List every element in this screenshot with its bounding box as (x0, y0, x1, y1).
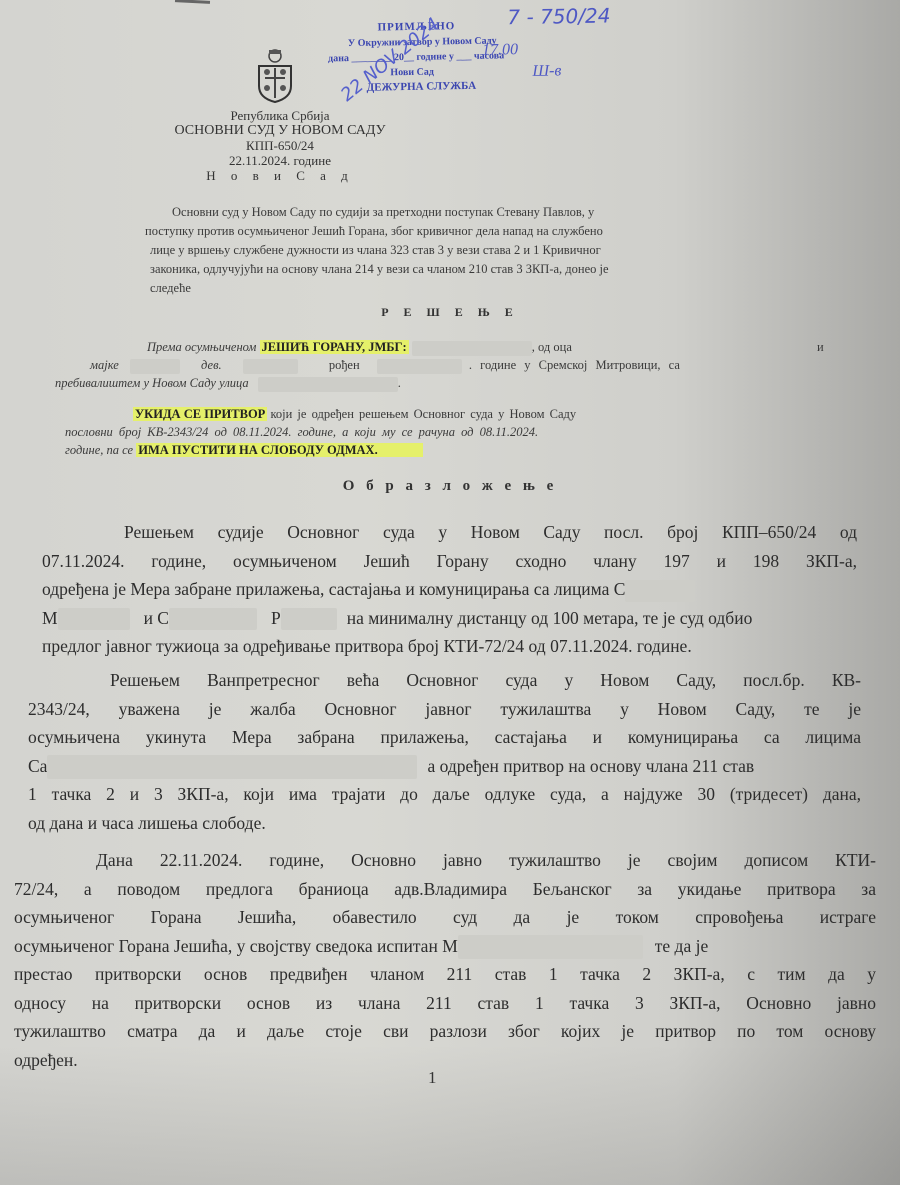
redacted-name (625, 580, 695, 602)
intro-line: следеће (150, 279, 830, 298)
redacted-street (258, 377, 398, 392)
disposition-prefix: Према осумњиченом (147, 340, 256, 354)
disposition: Према осумњиченом ЈЕШИЋ ГОРАНУ, ЈМБГ: , … (55, 338, 830, 392)
intro-line: Основни суд у Новом Саду по судији за пр… (150, 203, 830, 222)
redacted-mother-name (130, 359, 180, 374)
release-line: пословни број КВ-2343/24 од 08.11.2024. … (65, 425, 538, 439)
paragraph-line: Решењем Ванпретресног већа Основног суда… (28, 666, 861, 695)
born-label: рођен (329, 358, 360, 372)
paragraph-line: одређен. (14, 1046, 876, 1075)
release-line: који је одређен решењем Основног суда у … (270, 407, 576, 421)
paragraph-line: Дана 22.11.2024. године, Основно јавно т… (14, 846, 876, 875)
handwritten-signature: Ш-в (532, 62, 561, 81)
maiden-label: дев. (201, 358, 222, 372)
paragraph-text: М (42, 608, 58, 628)
release-order: УКИДА СЕ ПРИТВОР који је одређен решењем… (65, 405, 825, 459)
paragraph-text: осумњиченог Горана Јешића, у својству св… (14, 936, 458, 956)
paragraph-line: тужилаштво сматра да и даље стоје сви ра… (14, 1017, 876, 1046)
handwritten-number: 7 - 750/24 (507, 3, 610, 29)
paragraph-text: те да је (655, 936, 708, 956)
birth-place: . године у Сремској Митровици, са (469, 358, 680, 372)
stamp-line: Нови Сад (390, 67, 434, 79)
paragraph-line: осумњиченог Горана Јешића, у својству св… (14, 932, 876, 961)
and-word: и (817, 338, 824, 356)
paragraph-2: Решењем Ванпретресног већа Основног суда… (28, 666, 861, 837)
court-name: ОСНОВНИ СУД У НОВОМ САДУ (130, 123, 430, 138)
document-date: 22.11.2024. године (130, 153, 430, 168)
paragraph-line: Саа одређен притвор на основу члана 211 … (28, 752, 861, 781)
case-number: КПП-650/24 (130, 138, 430, 153)
redacted-name (169, 608, 257, 630)
detention-revoked-highlight: УКИДА СЕ ПРИТВОР (133, 407, 267, 421)
redacted-witness-name (458, 935, 643, 959)
reasoning-title: О б р а з л о ж е њ е (0, 478, 900, 495)
handwritten-hour: 17.00 (482, 41, 518, 60)
period: . (398, 376, 401, 390)
paragraph-line: одређена је Мера забране прилажења, саст… (42, 575, 857, 604)
paragraph-line: престао притворски основ предвиђен члано… (14, 960, 876, 989)
intro-paragraph: Основни суд у Новом Саду по судији за пр… (150, 203, 830, 298)
paragraph-text: и С (144, 608, 169, 628)
intro-line: поступку против осумњиченог Јешић Горана… (145, 222, 830, 241)
release-immediately-highlight: ИМА ПУСТИТИ НА СЛОБОДУ ОДМАХ. (136, 443, 422, 457)
page-number: 1 (428, 1068, 437, 1088)
coat-of-arms-icon (255, 48, 295, 104)
redacted-name (58, 608, 130, 630)
paragraph-line: Решењем судије Основног суда у Новом Сад… (42, 518, 857, 547)
paragraph-line: осумњиченог Горана Јешића, обавестило су… (14, 903, 876, 932)
redacted-maiden-name (243, 359, 298, 374)
paragraph-line: осумњичена укинута Мера забрана прилажењ… (28, 723, 861, 752)
paragraph-text: Са (28, 756, 47, 776)
paragraph-3: Дана 22.11.2024. године, Основно јавно т… (14, 846, 876, 1074)
paragraph-line: 07.11.2024. године, осумњиченом Јешић Го… (42, 547, 857, 576)
redacted-names (47, 755, 417, 779)
paragraph-line: односу на притворски основ из члана 211 … (14, 989, 876, 1018)
paragraph-1: Решењем судије Основног суда у Новом Сад… (42, 518, 857, 661)
paragraph-text: одређена је Мера забране прилажења, саст… (42, 579, 625, 599)
document-header: Република Србија ОСНОВНИ СУД У НОВОМ САД… (130, 108, 430, 183)
city-name: Н о в и С а д (130, 168, 430, 183)
paragraph-line: 72/24, а поводом предлога браниоца адв.В… (14, 875, 876, 904)
defendant-name-highlight: ЈЕШИЋ ГОРАНУ, ЈМБГ: (260, 340, 409, 354)
decision-title: Р Е Ш Е Њ Е (0, 305, 900, 320)
redacted-jmbg (412, 341, 532, 356)
intro-line: законика, одлучујући на основу члана 214… (150, 260, 830, 279)
stamp-line: ДЕЖУРНА СЛУЖБА (367, 80, 477, 94)
stamp-line: дана ________ 20__ године у ___ часова (328, 50, 504, 64)
redacted-name (281, 608, 337, 630)
paragraph-line: од дана и часа лишења слободе. (28, 809, 861, 838)
received-stamp: ПРИМЉЕНО У Окружни затвор у Новом Саду д… (299, 3, 631, 99)
residence-label: пребивалиштем у Новом Саду улица (55, 376, 249, 390)
country-name: Република Србија (130, 108, 430, 123)
release-line-prefix: године, па се (65, 443, 133, 457)
paragraph-line: предлог јавног тужиоца за одређивање при… (42, 632, 857, 661)
paragraph-text: а одређен притвор на основу члана 211 ст… (427, 756, 754, 776)
redacted-birth-date (377, 359, 462, 374)
paragraph-line: 1 тачка 2 и 3 ЗКП-а, који има трајати до… (28, 780, 861, 809)
father-label: , од оца (532, 340, 572, 354)
mother-label: мајке (90, 358, 119, 372)
paragraph-text: Р (271, 608, 281, 628)
paragraph-line: Ми СРна минималну дистанцу од 100 метара… (42, 604, 857, 633)
paragraph-line: 2343/24, уважена је жалба Основног јавно… (28, 695, 861, 724)
intro-line: лице у вршењу службене дужности из члана… (150, 241, 830, 260)
paper-edge (175, 0, 210, 4)
paragraph-text: на минималну дистанцу од 100 метара, те … (347, 608, 753, 628)
